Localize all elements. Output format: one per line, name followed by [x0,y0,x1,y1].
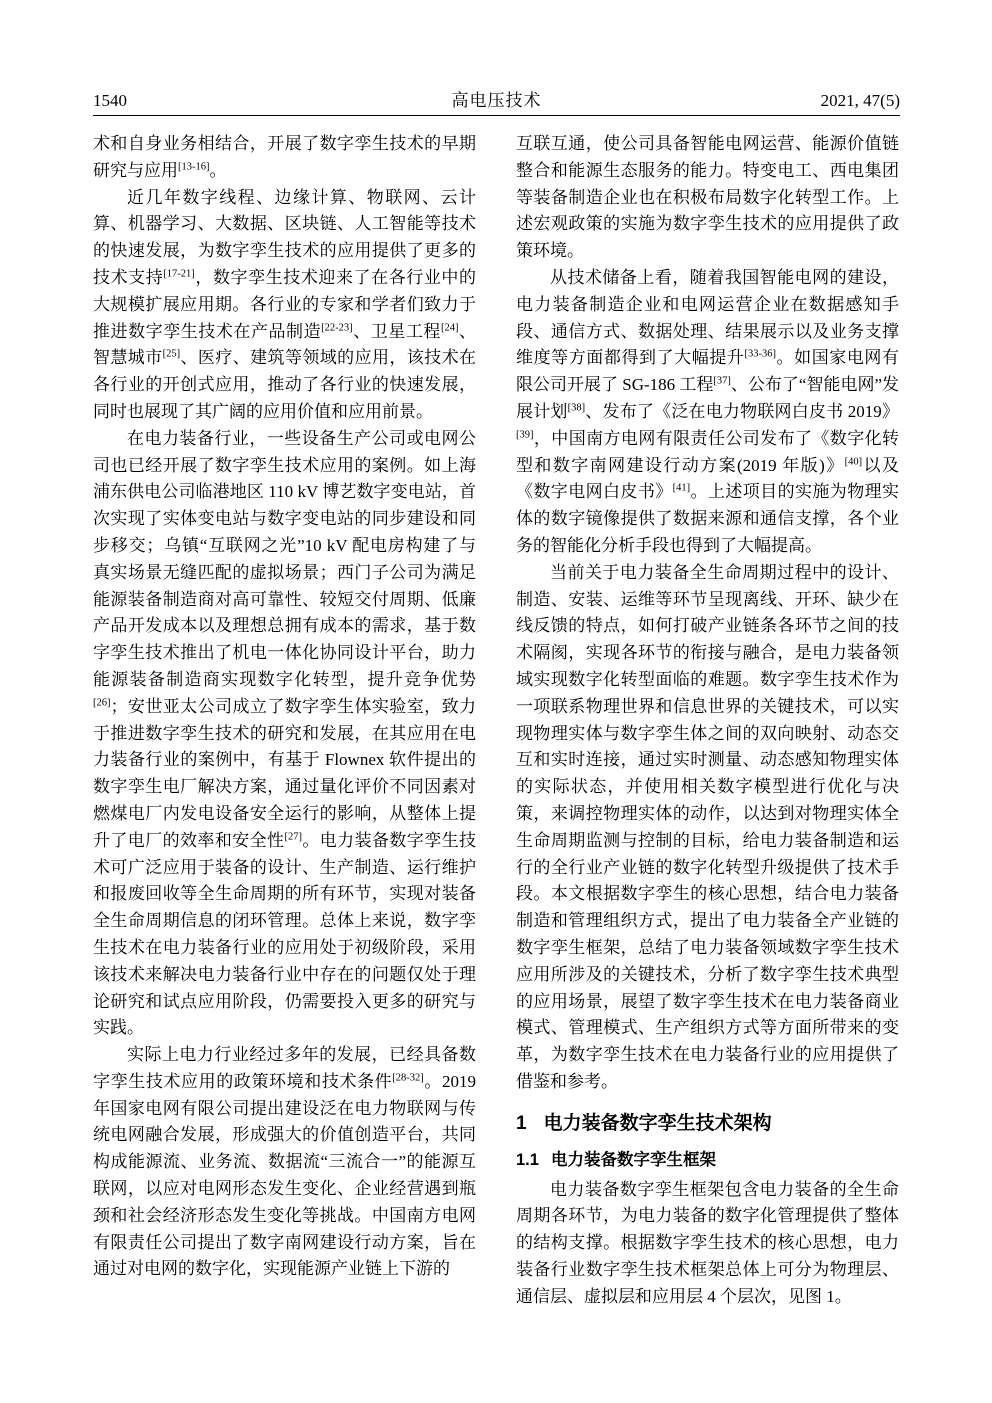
right-column: 互联互通，使公司具备智能电网运营、能源价值链整合和能源生态服务的能力。特变电工、… [516,131,899,1311]
paragraph: 实际上电力行业经过多年的发展，已经具备数字孪生技术应用的政策环境和技术条件[28… [93,1042,476,1283]
header-rule [93,115,900,116]
paragraph: 互联互通，使公司具备智能电网运营、能源价值链整合和能源生态服务的能力。特变电工、… [516,131,899,265]
paragraph: 在电力装备行业，一些设备生产公司或电网公司也已经开展了数字孪生技术应用的案例。如… [93,426,476,1042]
citation-ref: [26] [93,697,111,708]
heading-number: 1.1 [516,1151,539,1169]
paragraph: 从技术储备上看，随着我国智能电网的建设，电力装备制造企业和电网运营企业在数据感知… [516,265,899,560]
paragraph: 术和自身业务相结合，开展了数字孪生技术的早期研究与应用[13-16]。 [93,131,476,185]
citation-ref: [13-16] [178,161,210,172]
issue-info: 2021, 47(5) [720,90,900,112]
text-run: 当前关于电力装备全生命周期过程中的设计、制造、安装、运维等环节呈现离线、开环、缺… [516,563,899,1091]
article-body: 术和自身业务相结合，开展了数字孪生技术的早期研究与应用[13-16]。近几年数字… [93,131,900,1311]
section-heading: 1电力装备数字孪生技术架构 [516,1111,899,1137]
text-run: 。2019 年国家电网有限公司提出建设泛在电力物联网与传统电网融合发展，形成强大… [93,1072,476,1279]
paragraph: 当前关于电力装备全生命周期过程中的设计、制造、安装、运维等环节呈现离线、开环、缺… [516,560,899,1096]
page-number: 1540 [93,90,273,112]
text-run: 、发布了《泛在电力物联网白皮书 2019》 [585,402,899,421]
text-run: 。电力装备数字孪生技术可广泛应用于装备的设计、生产制造、运行维护和报废回收等全生… [93,831,476,1038]
text-run: 实际上电力行业经过多年的发展，已经具备数字孪生技术应用的政策环境和技术条件 [93,1045,476,1091]
citation-ref: [40] [845,456,863,467]
heading-title: 电力装备数字孪生框架 [551,1151,716,1169]
heading-title: 电力装备数字孪生技术架构 [544,1113,772,1134]
text-run: 互联互通，使公司具备智能电网运营、能源价值链整合和能源生态服务的能力。特变电工、… [516,134,899,260]
page-header: 1540 高电压技术 2021, 47(5) [93,90,900,112]
paragraph: 电力装备数字孪生框架包含电力装备的全生命周期各环节，为电力装备的数字化管理提供了… [516,1177,899,1311]
text-run: ；安世亚太公司成立了数字孪生体实验室，致力于推进数字孪生技术的研究和发展，在其应… [93,697,476,850]
text-run: ，中国南方电网有限责任公司发布了《数字化转型和数字南网建设行动方案(2019 年… [516,429,899,475]
paragraph: 近几年数字线程、边缘计算、物联网、云计算、机器学习、大数据、区块链、人工智能等技… [93,185,476,426]
citation-ref: [38] [568,402,586,413]
text-run: 、卫星工程 [353,322,441,341]
text-run: 在电力装备行业，一些设备生产公司或电网公司也已经开展了数字孪生技术应用的案例。如… [93,429,476,689]
citation-ref: [28-32] [392,1072,424,1083]
left-column: 术和自身业务相结合，开展了数字孪生技术的早期研究与应用[13-16]。近几年数字… [93,131,476,1311]
citation-ref: [39] [516,429,534,440]
text-run: 术和自身业务相结合，开展了数字孪生技术的早期研究与应用 [93,134,476,180]
heading-number: 1 [516,1113,527,1134]
citation-ref: [24] [441,322,459,333]
citation-ref: [37] [713,376,731,387]
citation-ref: [25] [163,349,181,360]
citation-ref: [22-23] [321,322,353,333]
citation-ref: [41] [673,483,691,494]
text-run: 。 [210,161,227,180]
journal-title: 高电压技术 [273,90,720,112]
citation-ref: [33-36] [744,349,776,360]
citation-ref: [17-21] [163,268,195,279]
text-run: 电力装备数字孪生框架包含电力装备的全生命周期各环节，为电力装备的数字化管理提供了… [516,1180,899,1306]
subsection-heading: 1.1电力装备数字孪生框架 [516,1148,899,1172]
citation-ref: [27] [284,831,302,842]
paper-page: 1540 高电压技术 2021, 47(5) 术和自身业务相结合，开展了数字孪生… [0,0,992,1403]
